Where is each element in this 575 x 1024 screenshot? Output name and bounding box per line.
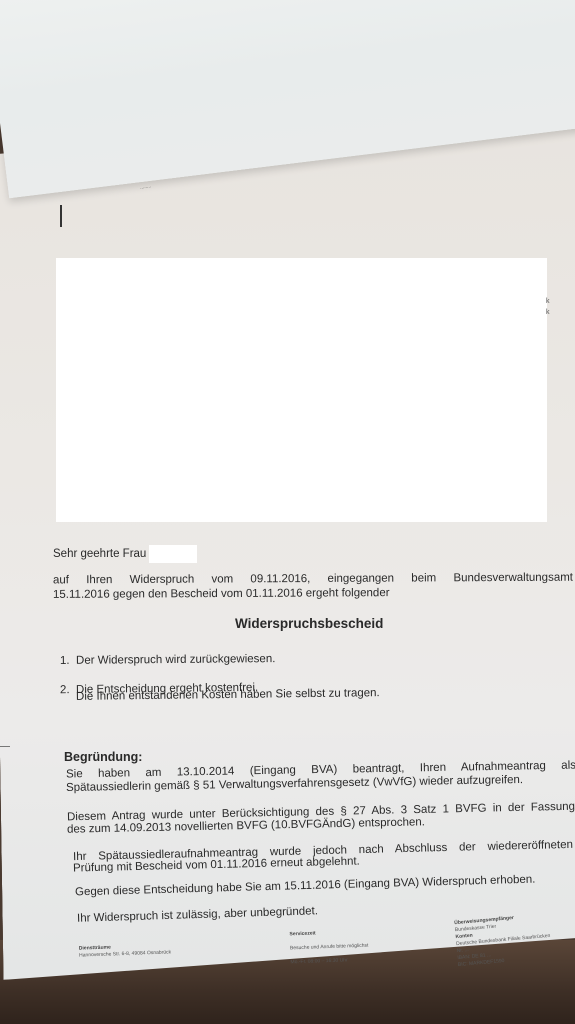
salutation: Sehr geehrte Frau bbox=[53, 545, 197, 563]
footer-service-title: Servicezeit bbox=[289, 930, 315, 937]
footer-bank-line: Nr. ... bbox=[456, 947, 468, 954]
edge-mark: k bbox=[546, 307, 550, 318]
footer-office-title: Dienstträume bbox=[79, 944, 111, 951]
footer-service-hours: Mo.-Fr. 08:00 – 16:30 Uhr bbox=[290, 957, 347, 965]
decision-number: 2. bbox=[60, 684, 70, 696]
salutation-text: Sehr geehrte Frau bbox=[53, 548, 146, 560]
footer-service-text: Besuche und Anrufe bitte möglichst bbox=[290, 943, 369, 952]
decision-text: Der Widerspruch wird zurückgewiesen. bbox=[76, 653, 276, 667]
decision-number: 1. bbox=[60, 655, 70, 667]
reasoning-heading: Begründung: bbox=[64, 750, 142, 764]
footer-bank: Überweisungsempfänger Bundeskasse Trier … bbox=[454, 912, 552, 969]
footer-service: Servicezeit Besuche und Anrufe bitte mög… bbox=[289, 929, 369, 967]
margin-tick bbox=[0, 746, 10, 747]
intro-line-2: 15.11.2016 gegen den Bescheid vom 01.11.… bbox=[53, 587, 390, 601]
edge-marks: k k bbox=[546, 296, 550, 318]
edge-mark: k bbox=[546, 296, 550, 307]
address-redaction bbox=[56, 258, 547, 522]
fold-mark bbox=[60, 205, 62, 227]
document-heading: Widerspruchsbescheid bbox=[235, 616, 383, 631]
name-redaction bbox=[149, 545, 197, 563]
decision-item-1: 1. Der Widerspruch wird zurückgewiesen. bbox=[60, 653, 275, 667]
